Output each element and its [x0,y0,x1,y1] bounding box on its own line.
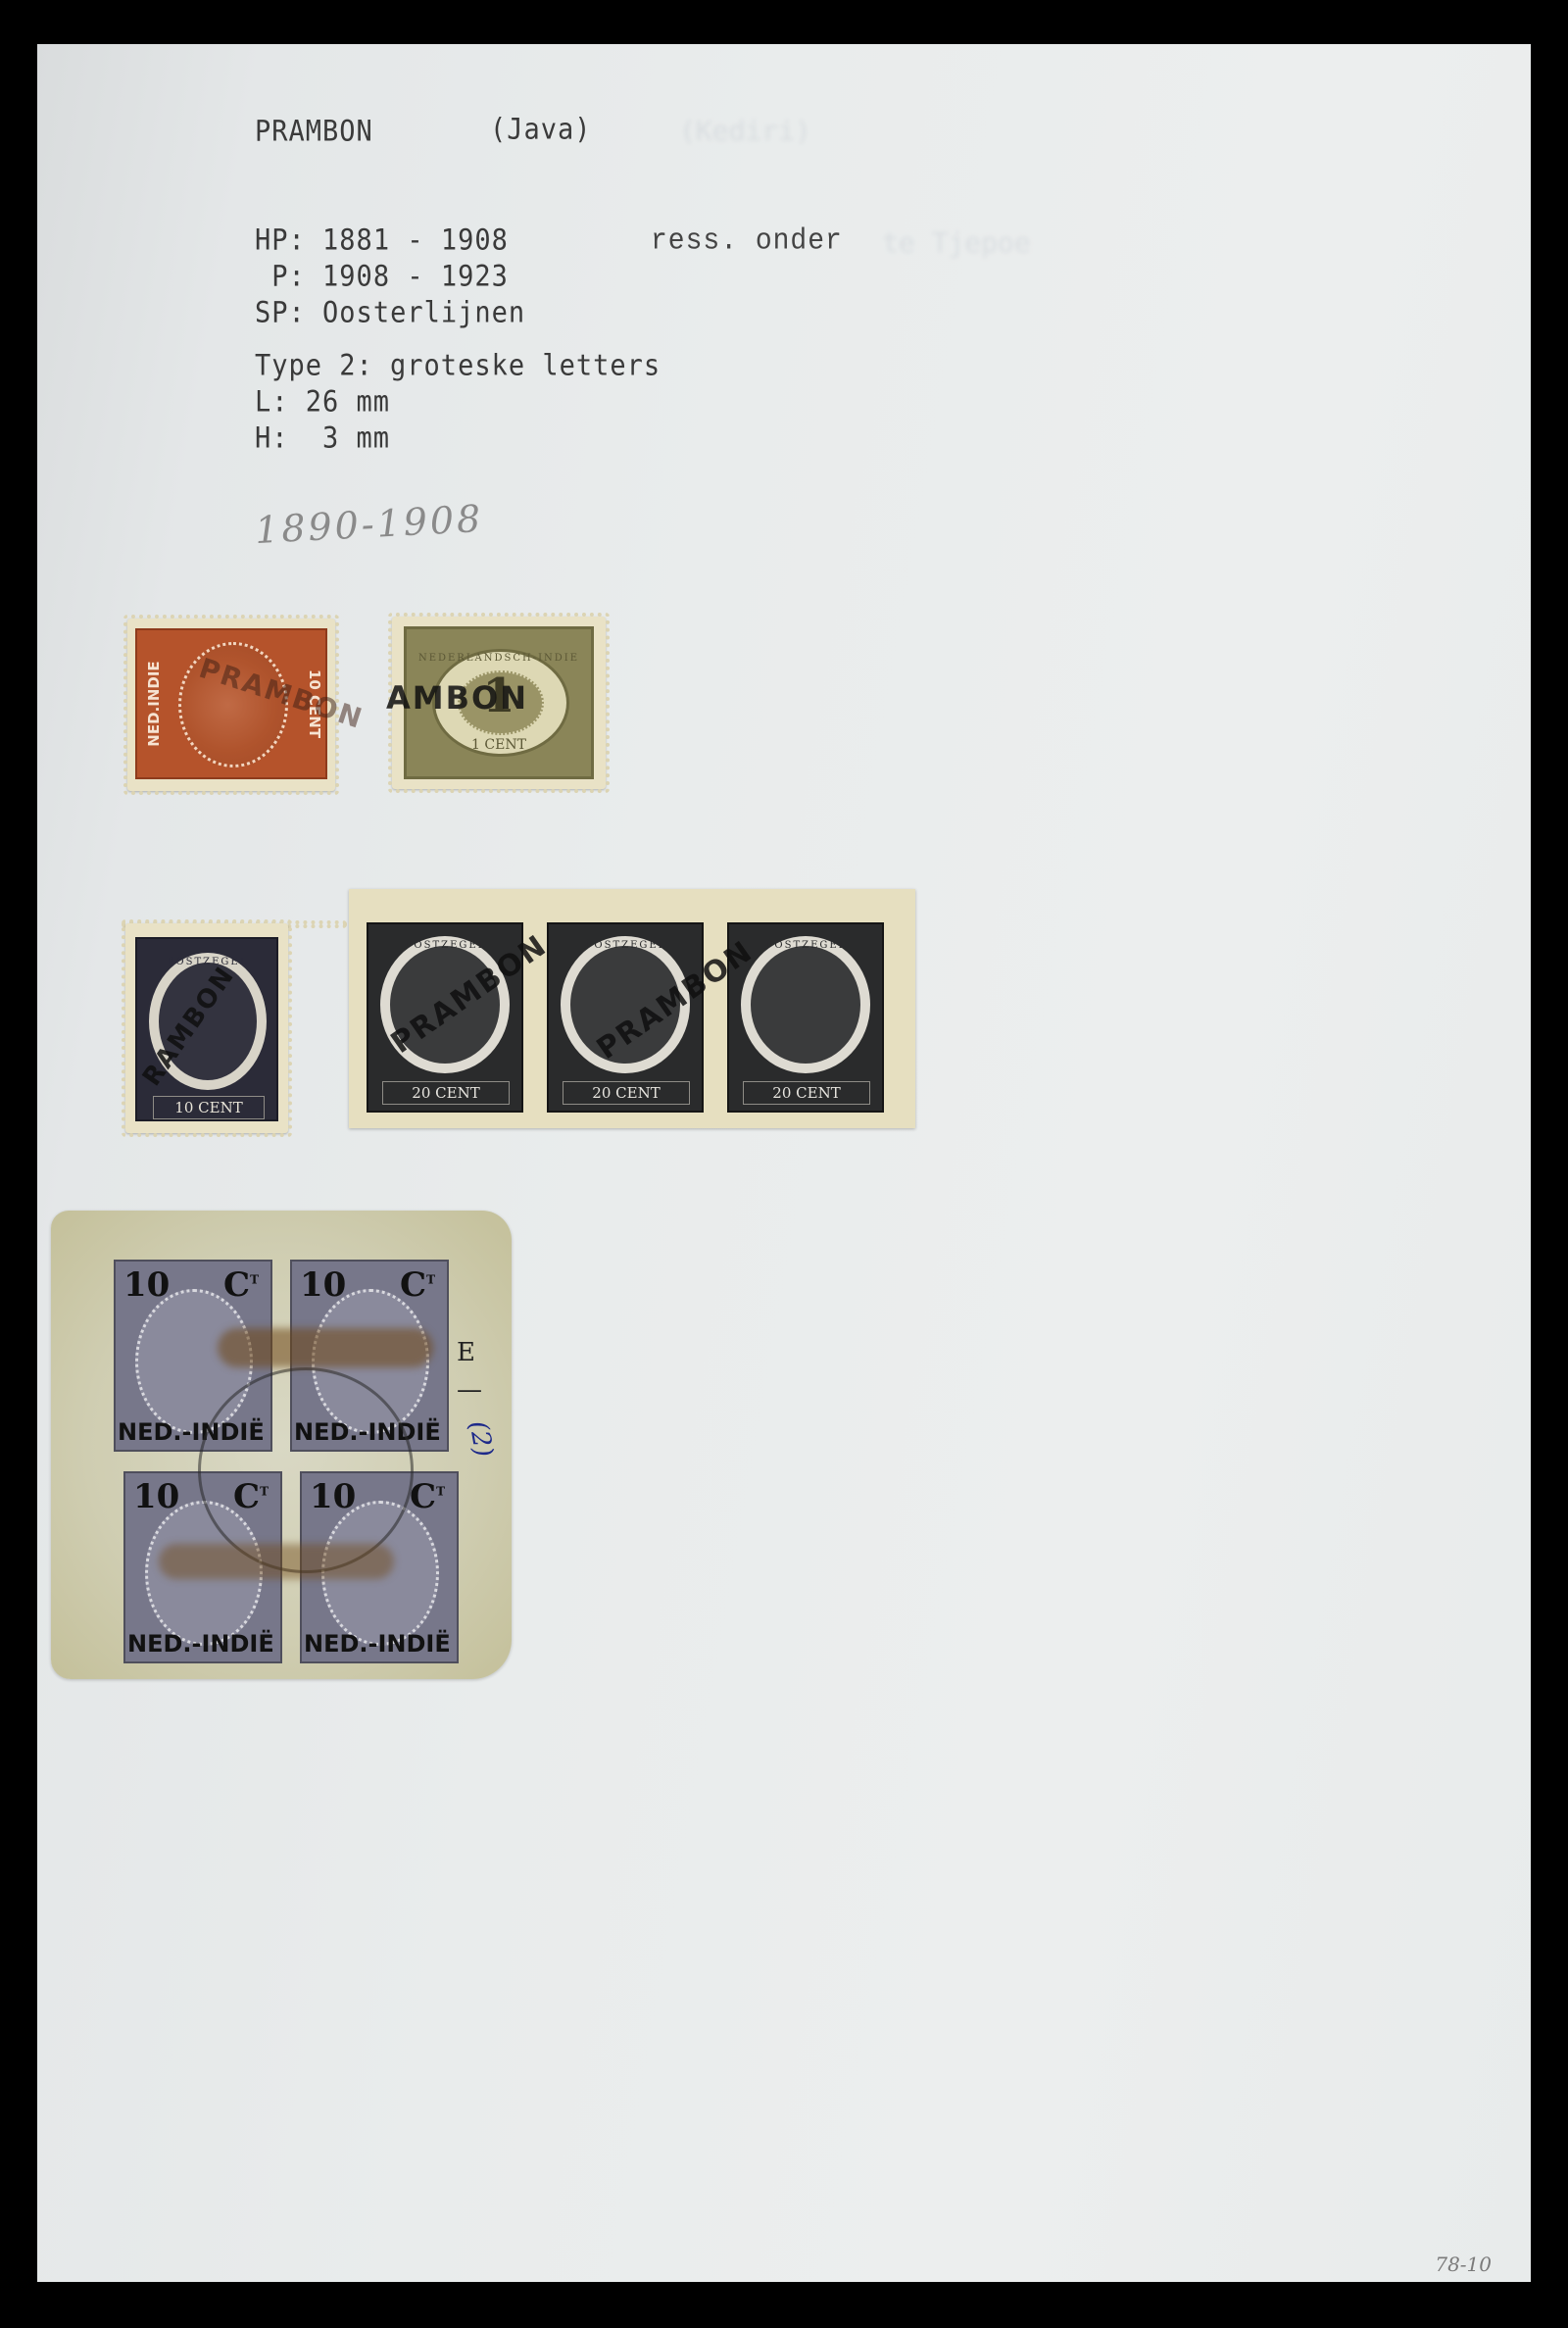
cancel-smudge [159,1544,394,1579]
postal-value: 1881 - 1908 [322,224,509,257]
region-name: (Java) [490,114,592,146]
page-number: 78-10 [1435,2253,1492,2276]
stamp-top-text: NEDERLANDSCH-INDIE [407,653,591,664]
stamp-value-text: 20 CENT [382,1081,510,1105]
surcharge-sup: T [250,1273,259,1287]
overprint-text: NED.-INDIË [127,1630,274,1658]
ghost-text-line: te Tjepoe [882,226,1031,259]
overprint-text: NED.-INDIË [304,1630,451,1658]
stamp-bottom-text: 1 CENT [407,737,591,753]
surcharge-unit-letter: C [410,1477,436,1516]
album-page: PRAMBON (Java) (Kediri) HP: 1881 - 1908 … [37,44,1531,2282]
stamp-design: POSTZEGEL 10 CENT [135,937,278,1121]
surcharge-unit-letter: C [223,1265,250,1305]
ghost-text-top: (Kediri) [679,115,811,147]
place-name: PRAMBON [255,116,373,148]
length-line: L: 26 mm [255,386,390,419]
postal-value: Oosterlijnen [322,297,525,329]
stamp-value-text: 20 CENT [743,1081,870,1105]
stamp-top-text: POSTZEGEL [549,940,704,951]
postal-label: HP: [255,224,306,257]
postal-line-p: P: 1908 - 1923 [255,261,509,293]
stamp-top-text: POSTZEGEL [368,940,523,951]
surcharge-unit: CT [410,1477,445,1516]
surcharge-unit: CT [400,1265,435,1305]
portrait-oval [741,936,870,1073]
surcharge-value: 10 [133,1477,179,1516]
postal-label: SP: [255,297,306,329]
cancel-smudge [218,1328,433,1367]
fragment-letter: E [457,1338,475,1367]
stamp-left-text: NED.INDIE [145,660,163,748]
surcharge-sup: T [426,1273,435,1287]
stamp-top-text: POSTZEGEL [137,957,278,967]
surcharge-value: 10 [123,1265,170,1305]
postal-line-hp: HP: 1881 - 1908 [255,224,509,257]
stamp-numeral-1-cent: 1 NEDERLANDSCH-INDIE 1 CENT AMBON [392,617,606,789]
stamp-wilhelmina-10-cent: POSTZEGEL 10 CENT RAMBON [125,923,288,1133]
type-line: Type 2: groteske letters [255,350,661,382]
strip-of-three-20-cent: POSTZEGEL 20 CENT POSTZEGEL 20 CENT POST… [349,889,915,1128]
block-of-four-fragment: 10 CT NED.-INDIË 10 CT NED.-INDIË 10 CT … [51,1211,512,1679]
height-line: H: 3 mm [255,422,390,455]
surcharge-value: 10 [300,1265,346,1305]
surcharge-sup: T [436,1485,445,1499]
stamp-top-text: POSTZEGEL [729,940,884,951]
fragment-ink: (2) [463,1418,498,1459]
stamp-value-text: 20 CENT [563,1081,690,1105]
cancel-mark: AMBON [386,679,528,717]
fragment-letter: — [457,1375,482,1405]
postal-line-sp: SP: Oosterlijnen [255,297,525,329]
postal-value: 1908 - 1923 [322,261,509,293]
stamp-value-text: 10 CENT [153,1096,265,1119]
handwritten-period: 1890-1908 [254,497,484,552]
postmark-circle [198,1367,414,1573]
postal-label: P: [255,261,306,293]
surcharge-unit: CT [223,1265,259,1305]
surcharge-unit-letter: C [400,1265,426,1305]
stamp-william-10-cent: NED.INDIE 10 CENT PRAMBON [127,619,335,791]
postal-note: ress. onder [651,225,843,258]
